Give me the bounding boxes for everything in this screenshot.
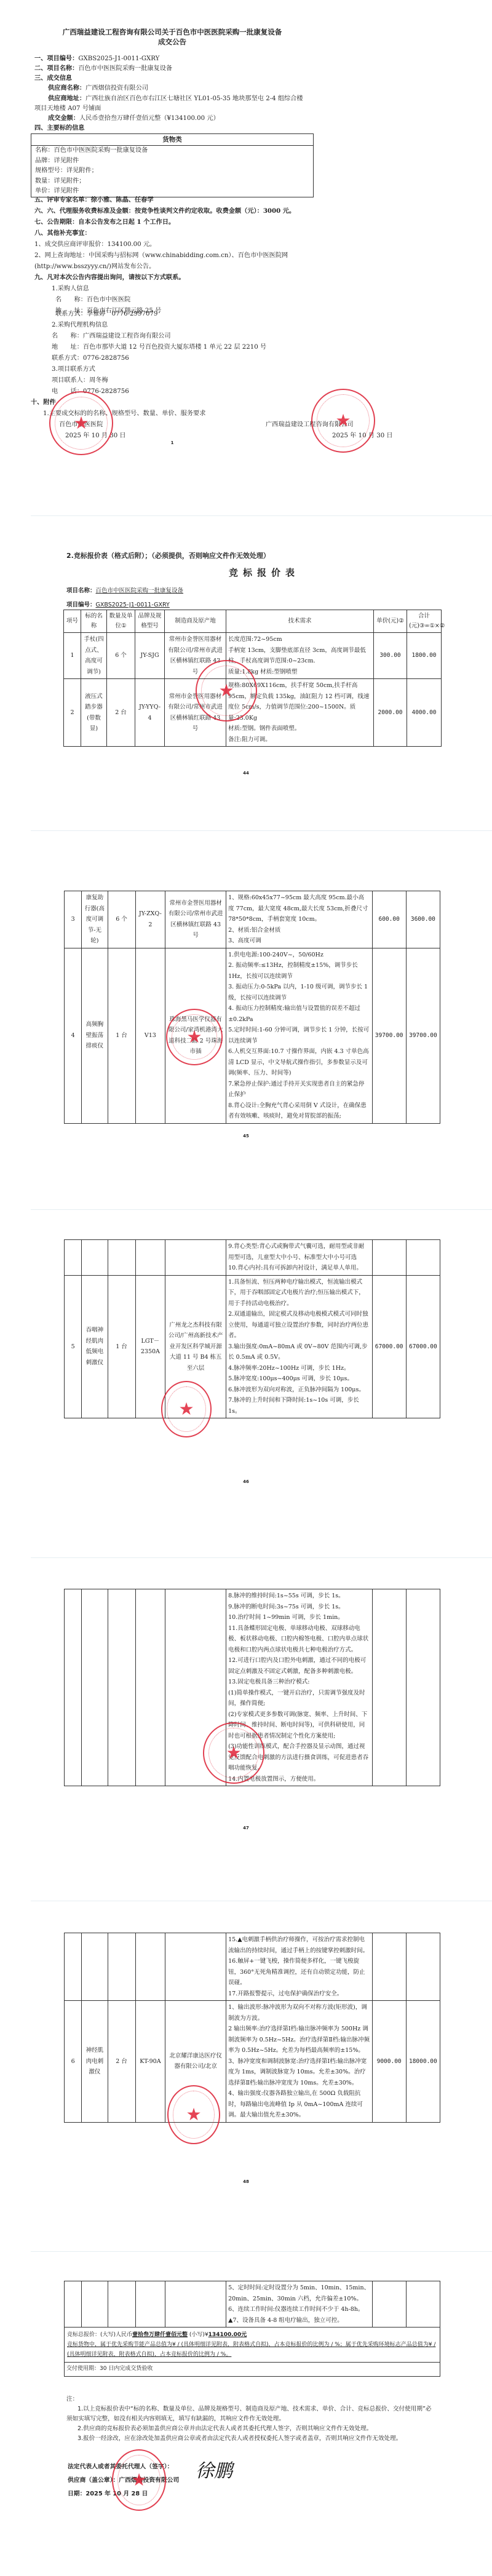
project-contact-phone: 电 话：0776-2828756 [52, 387, 129, 396]
item-qty [108, 1240, 135, 1276]
item-unit-price [372, 1589, 406, 1786]
delivery-row: 交付使用期：30 日内完成交货验收 [65, 2363, 440, 2377]
table-row: 3康复助行器(高度可调节-无轮)6 个JY-ZXQ-2常州市金誉医用器材有限公司… [65, 891, 440, 948]
item-tech: 长度范围:72~95cm手柄宽 13cm，支脚垫底部直径 3cm，高度调节最低柱… [226, 633, 374, 679]
tech-spec-line: 15.▲电刺激手柄供治疗师操作，可按治疗需求控制电流输出的持续时间，通过手柄上的… [228, 1934, 370, 1956]
tech-spec-line: 9.背心类型:背心式或胸带式气囊可选，耐用型或非耐用型可选，儿童型大中小号、标准… [228, 1241, 370, 1263]
table-row: 5吞咽神经肌肉低频电刺激仪1 台LGT－2350A广州龙之杰科技有限公司/广州高… [65, 1275, 440, 1418]
item-no: 3 [65, 891, 82, 948]
page-separator [31, 1557, 492, 1558]
table-row-continued: 8.脉冲的维持时间:1s~55s 可调，步长 1s。9.脉冲的断电时间:3s~7… [65, 1589, 440, 1786]
deal-amount-label: 成交金额： [48, 114, 79, 122]
deal-amount-line: 成交金额：人民币壹拾叁万肆仟壹佰元整（¥134100.00 元） [48, 114, 220, 123]
main-info-heading: 四、主要标的信息 [34, 124, 85, 133]
item-unit-price: 300.00 [374, 633, 407, 679]
item-maker: 北京耀洋康达医疗仪器有限公司/北京 [165, 2001, 226, 2123]
tech-spec-line: 11.具备蝶形固定电极、单球移动电极、双球移动电极、板状移动电极、口腔内棉签电极… [228, 1623, 370, 1656]
signer-left-org: 百色市中医医院 [59, 420, 103, 429]
item-no [65, 1240, 82, 1276]
tech-spec-line: 2 输出频率:治疗选择第Ⅰ档:输出脉冲频率为 500Hz 调制波频率为 0.5H… [228, 2024, 370, 2056]
tech-spec-line: 6.脉冲波形为双向对称波，正负脉冲间隔为 100μs。 [228, 1385, 370, 1396]
notes-label: 注： [66, 2395, 435, 2404]
tech-spec-line: (3)功能性训练模式，配合手控器及显示动图，通过视觉反馈配合电刺激的方法进行摄食… [228, 1741, 370, 1774]
item-name [82, 1589, 108, 1786]
page-number: 47 [0, 1826, 492, 1831]
supplier-address-cont: 项目天地楼 A07 号铺面 [34, 104, 101, 113]
attachment-heading: 十、附件 [31, 398, 56, 407]
item-unit-price [372, 2281, 406, 2328]
priority-products-text: 竞标货物中，属于优先采购节能产品总值为¥ / (具体明细详见附表，附表格式自拟)… [67, 2342, 435, 2358]
supplier-address-label: 供应商地址： [48, 95, 85, 102]
table-row: 6神经肌肉电刺激仪2 台KT-90A北京耀洋康达医疗仪器有限公司/北京1、输出波… [65, 2001, 440, 2123]
item-maker: 常州市金誉医用器材有限公司/常州市武进区横林镇红联路 43 号 [165, 633, 226, 679]
item-model [135, 2281, 165, 2328]
total-lower: 134100.00元 [208, 2332, 247, 2338]
page-separator [31, 1209, 492, 1210]
item-qty: 1 台 [108, 948, 135, 1123]
table-row: 1手杖(四点式、高度可调节)6 个JY-SJG常州市金誉医用器材有限公司/常州市… [64, 633, 442, 679]
supplier-address: 广西壮族自治区百色市右江区七塘社区 YL01-05-35 地块那坚屯 2-4 组… [85, 95, 303, 102]
handwritten-signature: 徐鹏 [196, 2455, 232, 2483]
page-number: 48 [0, 2179, 492, 2184]
goods-model: 规格型号：详见附件； [31, 166, 313, 177]
experts-line: 五、评审专家名单：徐小雅、陈晶、任春学 [34, 196, 154, 205]
item-model [135, 1589, 165, 1786]
purchaser-name: 名 称：百色市中医医院 [55, 295, 130, 304]
quote-table-page-45: 3康复助行器(高度可调节-无轮)6 个JY-ZXQ-2常州市金誉医用器材有限公司… [64, 891, 440, 1124]
tech-spec-line: 16.触屏+一键飞梭，操作简便多样化，一键飞梭旋钮，360°无死角精准调控，还有… [228, 1956, 370, 1989]
tech-spec-line: 4、输出强度:仪器各路独立输出,在 500Ω 负载阻抗时，每路输出电流峰值 Ip… [228, 2088, 370, 2121]
page-separator [31, 515, 492, 516]
main-info-label: 四、主要标的信息 [34, 124, 85, 132]
item-unit-price: 39700.00 [372, 948, 406, 1123]
item-tech: 15.▲电刺激手柄供治疗师操作，可按治疗需求控制电流输出的持续时间，通过手柄上的… [226, 1933, 372, 2001]
deal-info-label: 三、成交信息 [34, 74, 72, 82]
page-separator [31, 830, 492, 831]
page-number: 46 [0, 1479, 492, 1484]
item-unit-price: 600.00 [372, 891, 406, 948]
page-number: 1 [0, 440, 418, 445]
item-name: 神经肌肉电刺激仪 [82, 2001, 108, 2123]
quote-table-page-44: 项号 标的名称 数量及单位① 品牌及规格型号 制造商及原产地 技术需求 单价(元… [63, 610, 442, 747]
item-tech: 1.供电电源:100-240V~，50/60Hz2. 振动频率:≤13Hz，控制… [226, 948, 372, 1123]
item-unit-price: 2000.00 [374, 679, 407, 747]
quote-project-no-value: GXBS2025-J1-0011-GXRY [96, 602, 170, 608]
project-name-line: 二、项目名称：百色市中医医院采购一批康复设备 [34, 64, 172, 73]
tech-spec-line: 3、高度可调 [228, 936, 370, 947]
table-row-continued: 15.▲电刺激手柄供治疗师操作，可按治疗需求控制电流输出的持续时间，通过手柄上的… [65, 1933, 440, 2001]
item-total: 1800.00 [407, 633, 442, 679]
quote-table-page-47: 8.脉冲的维持时间:1s~55s 可调，步长 1s。9.脉冲的断电时间:3s~7… [64, 1589, 440, 1786]
col-model: 品牌及规格型号 [135, 610, 165, 633]
other-item-2: 2、网上查询地址：中国采购与招标网（www.chinabidding.com.c… [34, 251, 288, 260]
supplier-name-line: 供应商名称：广西熠信投资有限公司 [48, 84, 148, 93]
tech-spec-line: 1、规格:60x45x77~95cm 最大高度 95cm.最小高度 77cm，最… [228, 892, 370, 925]
item-tech: 8.脉冲的维持时间:1s~55s 可调，步长 1s。9.脉冲的断电时间:3s~7… [226, 1589, 372, 1786]
item-total [406, 1589, 440, 1786]
sign-date: 日期：2025 年 10 月 28 日 [68, 2487, 179, 2501]
quote-table-header: 项号 标的名称 数量及单位① 品牌及规格型号 制造商及原产地 技术需求 单价(元… [64, 610, 442, 633]
supplier-stamp-line: 供应商（盖公章）：广西熠信投资有限公司 [68, 2474, 179, 2487]
tech-spec-line: 10.背心内衬:具有可拆卸内衬设计，满足单人单用。 [228, 1263, 370, 1274]
signer-right-org: 广西瑞益建设工程咨询有限公司 [266, 420, 354, 429]
tech-spec-line: 1、输出波形:脉冲波形为双向不对称方波(矩形波)，调制波为方波。 [228, 2002, 370, 2024]
project-contact-heading: 3.项目联系方式 [52, 365, 95, 374]
tech-spec-line: 3.输出强度:0mA~80mA 或 0V~80V 范围内可调,步长 0.5mA … [228, 1342, 370, 1363]
item-no: 4 [65, 948, 82, 1123]
item-model [135, 1933, 165, 2001]
tech-spec-line: 5、定时时间:定时设置分为 5min、10min、15min、20min、25m… [228, 2283, 370, 2304]
tech-spec-line: 2. 振动频率:≤13Hz，控制精度±15%，调节步长 1Hz，长按可以连续调节 [228, 960, 370, 982]
item-qty: 6 个 [107, 633, 135, 679]
contact-heading: 九、凡对本次公告内容提出询问，请按以下方式联系。 [34, 273, 185, 282]
tech-spec-line: 8.脉冲的维持时间:1s~55s 可调，步长 1s。 [228, 1591, 370, 1602]
item-maker: 广州龙之杰科技有限公司/广州高新技术产业开发区科学城开源大道 11 号 B4 栋… [165, 1275, 226, 1418]
project-number: GXBS2025-J1-0011-GXRY [78, 55, 159, 62]
tech-spec-line: 17.开路报警提示，过电保护确保治疗安全。 [228, 1989, 370, 2000]
item-maker [165, 1240, 226, 1276]
note-2: 2.供应商的竞标报价表必须加盖供应商公章并由法定代表人或者其委托代理人签字，否则… [66, 2424, 435, 2434]
item-tech: 5、定时时间:定时设置分为 5min、10min、15min、20min、25m… [226, 2281, 372, 2328]
table-row-continued: 5、定时时间:定时设置分为 5min、10min、15min、20min、25m… [65, 2281, 440, 2328]
tech-spec-line: 14.内置电极放置图示，方便使用。 [228, 1774, 370, 1785]
item-name [82, 2281, 108, 2328]
total-label-lower: (小写)¥ [189, 2332, 208, 2338]
item-name: 高频胸壁振荡排痰仪 [82, 948, 108, 1123]
tech-spec-line: 1.供电电源:100-240V~，50/60Hz [228, 950, 370, 961]
quote-intro: 2.竞标报价表（格式后附）；（必须提供，否则响应文件作无效处理） [66, 551, 270, 560]
item-model: KT-90A [135, 2001, 165, 2123]
item-total: 4000.00 [407, 679, 442, 747]
deal-info-heading: 三、成交信息 [34, 74, 72, 83]
quote-title: 竞标报价表 [229, 566, 300, 579]
item-name [82, 1933, 108, 2001]
tech-spec-line: 5.定时时间:1-60 分钟可调，调节步长 1 分钟，长按可以连续调节 [228, 1025, 370, 1046]
quote-project-name-value: 百色市中医医院采购一批康复设备 [96, 587, 184, 594]
item-name: 手杖(四点式、高度可调节) [81, 633, 107, 679]
item-qty [108, 1933, 135, 2001]
item-maker [165, 2281, 226, 2328]
tech-spec-line: 2.双通道输出，固定模式及移动电极模式模式可同时独立使用，每通道可独立设置治疗参… [228, 1309, 370, 1342]
item-total [406, 1933, 440, 2001]
item-model: LGT－2350A [135, 1275, 165, 1418]
item-name: 吞咽神经肌肉低频电刺激仪 [82, 1275, 108, 1418]
item-no: 5 [65, 1275, 82, 1418]
item-model: JY-SJG [135, 633, 165, 679]
notes-block: 注： 1.以上竞标报价表中“标的名称、数量及单位、品牌及规格型号、制造商及原产地… [66, 2395, 435, 2444]
project-name-label: 二、项目名称： [34, 65, 78, 72]
tech-spec-line: 7.脉冲的上升时间和下降时间:1s~10s 可调，步长 1s。 [228, 1395, 370, 1417]
quote-project-no: 项目编号：GXBS2025-J1-0011-GXRY [66, 600, 170, 608]
project-name: 百色市中医医院采购一批康复设备 [78, 65, 172, 72]
other-heading: 八、其他补充事宜： [34, 229, 91, 238]
tech-spec-line: 8.背心设计:全胸充气背心采用倒 V 式设计，在确保患者有效咳嗽、咳痰时，避免对… [228, 1100, 370, 1122]
quote-project-name-label: 项目名称： [66, 587, 96, 594]
tech-spec-line: 2、材质:铝合金材质 [228, 925, 370, 936]
goods-box-header: 货物类 [31, 134, 313, 146]
period-line: 七、公告期限：自本公告发布之日起 1 个工作日。 [34, 218, 175, 227]
tech-spec-line: 4. 振动压力控制精度:输出值与设置值的误差不超过±0.2kPa [228, 1003, 370, 1025]
tech-spec-line: ▲7、设备具备 4-8 组电疗输出，独立可控。 [228, 2315, 370, 2326]
page-separator [31, 1901, 492, 1901]
col-maker: 制造商及原产地 [165, 610, 226, 633]
goods-quantity: 数量：详见附件； [31, 177, 313, 187]
supplier-name-label: 供应商名称： [48, 84, 85, 92]
tech-spec-line: 1.具备恒流、恒压两种电疗输出模式，恒流输出模式下，用于吞咽部固定式电极片治疗;… [228, 1277, 370, 1310]
item-tech: 规格:80X69X116cm，扶手杆宽 50cm,扶手杆高 95cm，额定负载 … [226, 679, 374, 747]
page-number: 44 [0, 771, 492, 776]
item-maker: 常州市金誉医用器材有限公司/常州市武进区横林镇红联路 43 号 [165, 679, 226, 747]
legal-rep-label: 法定代表人或者其委托代理人（签字）： [68, 2460, 179, 2474]
item-qty: 2 台 [107, 679, 135, 747]
item-tech: 1.具备恒流、恒压两种电疗输出模式，恒流输出模式下，用于吞咽部固定式电极片治疗;… [226, 1275, 372, 1418]
item-model: JY-ZXQ-2 [135, 891, 165, 948]
item-tech: 1、规格:60x45x77~95cm 最大高度 95cm.最小高度 77cm，最… [226, 891, 372, 948]
table-row-continued: 9.背心类型:背心式或胸带式气囊可选，耐用型或非耐用型可选，儿童型大中小号、标准… [65, 1240, 440, 1276]
supplier-address-line: 供应商地址：广西壮族自治区百色市右江区七塘社区 YL01-05-35 地块那坚屯… [48, 94, 303, 103]
item-tech: 9.背心类型:背心式或胸带式气囊可选，耐用型或非耐用型可选，儿童型大中小号、标准… [226, 1240, 372, 1276]
quote-project-name: 项目名称：百色市中医医院采购一批康复设备 [66, 586, 183, 594]
goods-brand: 品牌：详见附件 [31, 156, 313, 167]
project-number-line: 一、项目编号：GXBS2025-J1-0011-GXRY [34, 54, 159, 63]
item-total: 39700.00 [406, 948, 440, 1123]
tech-spec-line: 6.人机交互界面:10.7 寸操作界面，内嵌 4.3 寸单色高清 LCD 显示，… [228, 1046, 370, 1079]
deal-amount: 人民币壹拾叁万肆仟壹佰元整（¥134100.00 元） [79, 115, 220, 122]
item-no [65, 2281, 82, 2328]
item-total: 67000.00 [406, 1275, 440, 1418]
delivery-period: 交付使用期：30 日内完成交货验收 [65, 2363, 440, 2377]
tech-spec-line: 10.治疗时间 1~99min 可调，步长 1min。 [228, 1612, 370, 1623]
note-1: 1.以上竞标报价表中“标的名称、数量及单位、品牌及规格型号、制造商及原产地、技术… [66, 2404, 435, 2424]
item-maker: 常州市金誉医用器材有限公司/常州市武进区横林镇红联路 43 号 [165, 891, 226, 948]
quote-table-final: 5、定时时间:定时设置分为 5min、10min、15min、20min、25m… [64, 2281, 440, 2377]
total-upper: 壹拾叁万肆仟壹佰元整 [132, 2332, 188, 2338]
tech-spec-line: 7.紧急停止保护:通过手持开关实现患者自主的紧急停止保护 [228, 1079, 370, 1100]
col-qty: 数量及单位① [107, 610, 135, 633]
note-3: 3.报价一经涂改，应在涂改处加盖供应商公章或者由法定代表人或者授权委托人签字或者… [66, 2434, 435, 2444]
col-total: 合计(元)③=①×② [407, 610, 442, 633]
item-no: 6 [65, 2001, 82, 2123]
col-name: 标的名称 [81, 610, 107, 633]
other-item-1: 1、成交供应商评审报价：134100.00 元。 [34, 240, 156, 249]
table-row: 4高频胸壁振荡排痰仪1 台V13珠海黑马医学仪器有限公司/家湾机港湾大道科技二路… [65, 948, 440, 1123]
tech-spec-line: 9.脉冲的断电时间:3s~75s 可调，步长 1s。 [228, 1602, 370, 1613]
item-total: 3600.00 [406, 891, 440, 948]
item-model [135, 1240, 165, 1276]
tech-spec-line: 12.可进行口腔内及口腔外电刺激，通过不同的电极可固定点刺激及不固定式刺激，配备… [228, 1655, 370, 1677]
item-name: 康复助行器(高度可调节-无轮) [82, 891, 108, 948]
item-qty [108, 1589, 135, 1786]
agency-name: 名 称：广西瑞益建设工程咨询有限公司 [52, 332, 171, 341]
col-unit-price: 单价(元)② [374, 610, 407, 633]
item-no: 2 [64, 679, 81, 747]
other-item-2-link[interactable]: (http://www.bsszyyy.cn/)网站发布公告。 [34, 262, 155, 271]
item-total [406, 2281, 440, 2328]
purchaser-contact: 联系方式：李雅婷 0776-2997079 [55, 309, 157, 319]
item-name [82, 1240, 108, 1276]
fee-line: 六、六、代理服务收费标准及金额：按竞争性谈判文件约定收取。收费金额（元）：300… [34, 207, 295, 216]
col-tech: 技术需求 [226, 610, 374, 633]
item-unit-price: 9000.00 [372, 2001, 406, 2123]
tech-spec-line: 长度范围:72~95cm [228, 634, 371, 645]
item-qty: 2 台 [108, 2001, 135, 2123]
tech-spec-line: 13.固定电极具备三种治疗模式: [228, 1677, 370, 1688]
item-total [406, 1240, 440, 1276]
announcement-subtitle: 成交公告 [0, 37, 344, 47]
item-tech: 1、输出波形:脉冲波形为双向不对称方波(矩形波)，调制波为方波。2 输出频率:治… [226, 2001, 372, 2123]
page-separator [31, 2251, 492, 2252]
col-no: 项号 [64, 610, 81, 633]
attachment-item-1[interactable]: 1.主要成交标的的名称、规格型号、数量、单价、服务要求 [43, 409, 205, 418]
item-qty: 1 台 [108, 1275, 135, 1418]
agency-contact: 联系方式：0776-2828756 [52, 354, 129, 363]
tech-spec-line: 规格:80X69X116cm，扶手杆宽 50cm,扶手杆高 95cm，额定负载 … [228, 680, 371, 723]
table-row: 2液压式踏步器(带数显)2 台JY-YYQ-4常州市金誉医用器材有限公司/常州市… [64, 679, 442, 747]
goods-box: 货物类 名称：百色市中医医院采购一批康复设备 品牌：详见附件 规格型号：详见附件… [31, 133, 314, 197]
supplier-name: 广西熠信投资有限公司 [85, 85, 148, 92]
item-unit-price: 67000.00 [372, 1275, 406, 1418]
total-row: 竞标总报价：(大写)人民币壹拾叁万肆仟壹佰元整 (小写)¥134100.00元 … [65, 2328, 440, 2363]
quote-table-page-48: 15.▲电刺激手柄供治疗师操作，可按治疗需求控制电流输出的持续时间，通过手柄上的… [64, 1933, 440, 2123]
purchaser-heading: 1.采购人信息 [52, 284, 89, 293]
agency-heading: 2.采购代理机构信息 [52, 320, 108, 330]
item-maker [165, 1933, 226, 2001]
tech-spec-line: (2)专家模式更多参数可调(脉宽、频率、上升时间、下降时间、维持时间、断电时间等… [228, 1709, 370, 1742]
item-model: V13 [135, 948, 165, 1123]
tech-spec-line: 6、连续工作时间:仪器连续工作时间不少于 4h-8h。 [228, 2304, 370, 2315]
item-no [65, 1933, 82, 2001]
item-no: 1 [64, 633, 81, 679]
item-unit-price [372, 1240, 406, 1276]
tech-spec-line: 5.脉冲宽度:100μs~400μs 可调，步长 10μs。 [228, 1373, 370, 1385]
tech-spec-line: (1)简单操作模式，一键开启治疗，只需调节强度及时间，操作简便; [228, 1688, 370, 1709]
page-number: 45 [0, 1134, 492, 1139]
project-contact-person: 项目联系人：周冬梅 [52, 376, 108, 385]
item-qty: 6 个 [108, 891, 135, 948]
signature-block: 法定代表人或者其委托代理人（签字）： 供应商（盖公章）：广西熠信投资有限公司 日… [68, 2460, 179, 2501]
tech-spec-line: 3. 振动压力:0-5kPa 以内，1-10 级可调，调节步长 1 级，长按可以… [228, 982, 370, 1003]
agency-address: 地 址：百色市那毕大道 12 号百色投资大厦东塔楼 1 单元 22 层 2210… [52, 343, 266, 352]
tech-spec-line: 材质:型钢。钢件表面喷塑。 [228, 723, 371, 734]
tech-spec-line: 质量:1.8kg 材质:型钢喷塑 [228, 667, 371, 678]
item-total: 18000.00 [406, 2001, 440, 2123]
item-maker [165, 1589, 226, 1786]
item-maker: 珠海黑马医学仪器有限公司/家湾机港湾大道科技二路 2 号珠海市插 [165, 948, 226, 1123]
tech-spec-line: 备注:阻力可调。 [228, 734, 371, 745]
tech-spec-line: 4.脉冲频率:20Hz~100Hz 可调，步长 1Hz。 [228, 1363, 370, 1374]
item-no [65, 1589, 82, 1786]
item-qty [108, 2281, 135, 2328]
goods-name: 名称：百色市中医医院采购一批康复设备 [31, 146, 313, 156]
announcement-title: 广西瑞益建设工程咨询有限公司关于百色市中医医院采购一批康复设备 [0, 27, 344, 37]
total-label-upper: 竞标总报价：(大写)人民币 [67, 2332, 132, 2338]
tech-spec-line: 手柄宽 13cm，支脚垫底部直径 3cm，高度调节最低柱，手杖高度调节范围:0~… [228, 645, 371, 667]
signer-left-date: 2025 年 10 月 30 日 [65, 431, 126, 440]
quote-project-no-label: 项目编号： [66, 602, 96, 608]
item-model: JY-YYQ-4 [135, 679, 165, 747]
item-name: 液压式踏步器(带数显) [81, 679, 107, 747]
tech-spec-line: 3、脉冲宽度和调制波脉宽:治疗选择第Ⅰ档:输出脉冲宽度为 1ms，调制波脉宽为 … [228, 2056, 370, 2089]
item-unit-price [372, 1933, 406, 2001]
project-number-label: 一、项目编号： [34, 55, 78, 62]
signer-right-date: 2025 年 10 月 30 日 [332, 431, 393, 440]
quote-table-page-46: 9.背心类型:背心式或胸带式气囊可选，耐用型或非耐用型可选，儿童型大中小号、标准… [64, 1239, 440, 1418]
